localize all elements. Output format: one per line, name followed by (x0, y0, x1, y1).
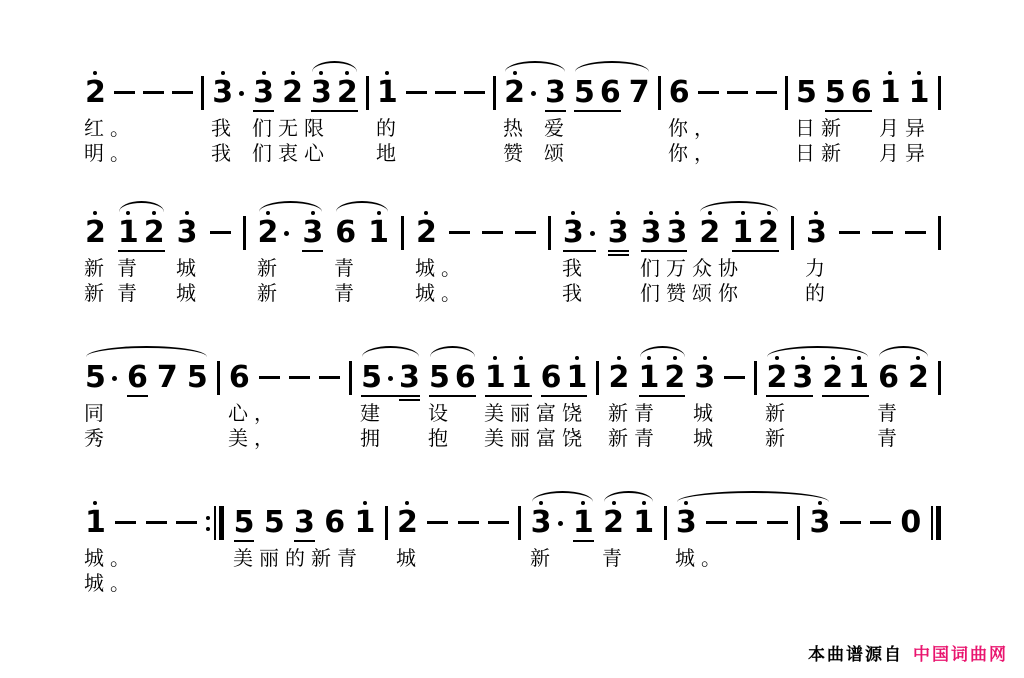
notes-row: 21232361233332123 (85, 217, 941, 249)
note-unit: 5 (429, 362, 450, 394)
octave-dot (126, 211, 130, 215)
note: 2 (258, 217, 291, 249)
duration-dash (839, 217, 860, 249)
note: 5 (187, 362, 208, 394)
note-unit: 3 (253, 77, 274, 109)
note-digit: 2 (766, 362, 787, 394)
note-digit: 2 (337, 77, 358, 109)
note-digit: 3 (792, 362, 813, 394)
note: 56 (429, 362, 476, 394)
note-unit: 1 (848, 362, 869, 394)
lyric-syllable: 你， (668, 117, 720, 140)
note: 2 (85, 77, 106, 109)
barline (658, 76, 661, 110)
note-unit: 5 (187, 362, 208, 394)
slur-arc (700, 201, 778, 212)
note-unit: 2 (766, 362, 787, 394)
barline (548, 216, 551, 250)
lyric-syllable: 秀 (84, 427, 110, 450)
duration-dash (756, 77, 777, 109)
note-unit: 5 (796, 77, 817, 109)
note-unit: 1 (567, 362, 588, 394)
duration-dash (767, 507, 788, 539)
octave-dot (814, 211, 818, 215)
note-unit: 2 (416, 217, 437, 249)
note-unit: 1 (732, 217, 753, 249)
duration-dash (146, 507, 167, 539)
note: 3 (253, 77, 274, 109)
note-unit: 2 (282, 77, 303, 109)
note-digit: 1 (732, 217, 753, 249)
note-unit: 3 (212, 77, 245, 109)
slur-arc (86, 346, 207, 357)
lyric-syllable: 青 (334, 282, 360, 305)
note-digit: 3 (399, 362, 420, 394)
octave-dot (916, 356, 920, 360)
lyric-syllable: 青 (117, 282, 143, 305)
octave-dot (291, 71, 295, 75)
note-unit: 1 (368, 217, 389, 249)
note-unit: 1 (880, 77, 901, 109)
octave-dot (612, 501, 616, 505)
note-unit: 3 (792, 362, 813, 394)
octave-dot (345, 71, 349, 75)
augmentation-dot (284, 231, 289, 236)
note-digit: 6 (229, 362, 250, 394)
note: 1 (573, 507, 594, 539)
duration-dash (114, 77, 135, 109)
lyric-syllable: 抱 (428, 427, 454, 450)
note-unit: 5 (574, 77, 595, 109)
lyric-syllable: 设 (428, 402, 454, 425)
lyric-syllable: 同 (84, 402, 110, 425)
note-unit: 2 (85, 217, 106, 249)
duration-dash (143, 77, 164, 109)
note: 2 (85, 217, 106, 249)
octave-dot (519, 356, 523, 360)
notes-row: 233232123567655611 (85, 77, 941, 109)
octave-dot (818, 501, 822, 505)
note-digit: 5 (361, 362, 382, 394)
note-unit: 6 (851, 77, 872, 109)
note: 2 (609, 362, 630, 394)
duration-dash (427, 507, 448, 539)
note-digit: 1 (368, 217, 389, 249)
system-3: 56756535611612123232162 同心，建设美丽富饶新青城新青秀美… (85, 340, 941, 470)
note-digit: 1 (639, 362, 660, 394)
note-digit: 6 (324, 507, 345, 539)
duration-dash (724, 362, 745, 394)
note-unit: 2 (397, 507, 418, 539)
lyric-syllable: 地 (376, 142, 402, 165)
barline-thick (219, 506, 224, 540)
note: 32 (311, 77, 358, 109)
lyric-syllable: 新 (765, 402, 791, 425)
octave-dot (703, 356, 707, 360)
octave-dot (575, 356, 579, 360)
note-digit: 5 (796, 77, 817, 109)
note-digit: 5 (825, 77, 846, 109)
duration-dash (289, 362, 310, 394)
note: 33 (641, 217, 688, 249)
duration-dash (176, 507, 197, 539)
note-unit: 2 (337, 77, 358, 109)
note-digit: 6 (541, 362, 562, 394)
barline (518, 506, 521, 540)
note-digit: 3 (545, 77, 566, 109)
final-barline (931, 506, 941, 540)
note-digit: 3 (253, 77, 274, 109)
lyric-syllable: 青 (602, 547, 628, 570)
lyric-syllable: 新 (765, 427, 791, 450)
note-digit: 2 (822, 362, 843, 394)
note-unit: 1 (639, 362, 660, 394)
barline (938, 361, 941, 395)
note: 12 (732, 217, 779, 249)
note: 53 (361, 362, 420, 394)
note-unit: 5 (234, 507, 255, 539)
note-unit: 6 (324, 507, 345, 539)
lyric-syllable: 美丽富饶 (484, 402, 588, 425)
octave-dot (857, 356, 861, 360)
note: 12 (639, 362, 686, 394)
octave-dot (93, 501, 97, 505)
octave-dot (319, 71, 323, 75)
lyric-syllable: 们无限 (252, 117, 330, 140)
note: 7 (629, 77, 650, 109)
lyric-syllable: 美丽富饶 (484, 427, 588, 450)
augmentation-dot (239, 91, 244, 96)
note: 3 (809, 507, 830, 539)
lyric-syllable: 城。 (415, 257, 467, 280)
note-unit: 1 (118, 217, 139, 249)
lyric-syllable: 的 (805, 282, 831, 305)
note-unit: 3 (694, 362, 715, 394)
octave-dot (93, 211, 97, 215)
note-digit: 7 (629, 77, 650, 109)
augmentation-dot (531, 91, 536, 96)
barline (797, 506, 800, 540)
note-unit: 3 (641, 217, 662, 249)
lyric-syllable: 们赞颂你 (640, 282, 744, 305)
lyric-syllable: 的 (376, 117, 402, 140)
note-unit: 6 (878, 362, 899, 394)
note-unit: 6 (541, 362, 562, 394)
barline (938, 76, 941, 110)
note-unit: 3 (531, 507, 564, 539)
note-digit: 1 (573, 507, 594, 539)
lyric-syllable: 美丽的新青 (233, 547, 363, 570)
note-digit: 6 (851, 77, 872, 109)
note-digit: 1 (511, 362, 532, 394)
octave-dot (266, 211, 270, 215)
slur-arc (119, 201, 164, 212)
note-digit: 3 (531, 507, 552, 539)
note: 3 (177, 217, 198, 249)
octave-dot (767, 211, 771, 215)
note-digit: 2 (908, 362, 929, 394)
barline (401, 216, 404, 250)
lyric-syllable: 新 (257, 257, 283, 280)
note-unit: 5 (264, 507, 285, 539)
note-digit: 1 (567, 362, 588, 394)
octave-dot (649, 211, 653, 215)
slur-arc (312, 61, 357, 72)
note: 11 (485, 362, 532, 394)
note-digit: 2 (416, 217, 437, 249)
note-digit: 5 (429, 362, 450, 394)
note-unit: 3 (311, 77, 332, 109)
octave-dot (741, 211, 745, 215)
duration-dash (210, 217, 231, 249)
note: 1 (377, 77, 398, 109)
duration-dash (515, 217, 536, 249)
barline (385, 506, 388, 540)
note-unit: 3 (294, 507, 315, 539)
note-digit: 2 (144, 217, 165, 249)
note: 56 (825, 77, 872, 109)
note-digit: 1 (633, 507, 654, 539)
barline (664, 506, 667, 540)
note-digit: 3 (302, 217, 323, 249)
note-unit: 3 (806, 217, 827, 249)
barline (243, 216, 246, 250)
octave-dot (647, 356, 651, 360)
slur-arc (430, 346, 475, 357)
note-digit: 5 (264, 507, 285, 539)
lyric-syllable: 月异 (879, 142, 931, 165)
note: 5 (234, 507, 255, 539)
note-digit: 2 (85, 217, 106, 249)
octave-dot (801, 356, 805, 360)
augmentation-dot (112, 376, 117, 381)
note-unit: 3 (809, 507, 830, 539)
slur-arc (767, 346, 868, 357)
repeat-end-barline (206, 506, 224, 540)
note: 3 (545, 77, 566, 109)
note-unit: 1 (485, 362, 506, 394)
lyric-syllable: 日新 (795, 142, 847, 165)
note-digit: 5 (234, 507, 255, 539)
note-digit: 2 (664, 362, 685, 394)
note: 3 (294, 507, 315, 539)
octave-dot (262, 71, 266, 75)
note-unit: 5 (85, 362, 118, 394)
note-unit: 2 (699, 217, 720, 249)
lyric-syllable: 青 (877, 427, 903, 450)
system-1: 233232123567655611 红。我们无限的热爱你，日新月异明。我们衷心… (85, 55, 941, 185)
note-digit: 1 (485, 362, 506, 394)
note-unit: 6 (335, 217, 356, 249)
note-digit: 3 (177, 217, 198, 249)
note-digit: 7 (157, 362, 178, 394)
barline (754, 361, 757, 395)
note-unit: 0 (900, 507, 921, 539)
octave-dot (708, 211, 712, 215)
lyric-syllable: 们衷心 (252, 142, 330, 165)
note: 3 (608, 217, 629, 249)
octave-dot (917, 71, 921, 75)
lyric-syllable: 心， (228, 402, 280, 425)
duration-dash (872, 217, 893, 249)
lyric-syllable: 新 (84, 282, 110, 305)
note-unit: 3 (608, 217, 629, 249)
note-digit: 2 (504, 77, 525, 109)
duration-dash (449, 217, 470, 249)
duration-dash (736, 507, 757, 539)
slur-arc (604, 491, 653, 502)
note-digit: 1 (354, 507, 375, 539)
note: 0 (900, 507, 921, 539)
octave-dot (311, 211, 315, 215)
lyric-syllable: 新 (530, 547, 556, 570)
lyric-syllable: 新 (257, 282, 283, 305)
lyric-syllable: 建 (360, 402, 386, 425)
duration-dash (319, 362, 340, 394)
note-unit: 3 (676, 507, 697, 539)
attribution-prefix: 本曲谱源自 (808, 645, 903, 665)
octave-dot (831, 356, 835, 360)
octave-dot (675, 211, 679, 215)
lyric-syllable: 日新 (795, 117, 847, 140)
note-digit: 0 (900, 507, 921, 539)
note-unit: 2 (603, 507, 624, 539)
note: 1 (880, 77, 901, 109)
lyric-syllable: 红。 (84, 117, 136, 140)
repeat-dots (206, 516, 210, 531)
barline (596, 361, 599, 395)
augmentation-dot (558, 521, 563, 526)
note: 6 (324, 507, 345, 539)
note: 61 (541, 362, 588, 394)
note: 6 (669, 77, 690, 109)
note-unit: 2 (258, 217, 291, 249)
note-unit: 3 (302, 217, 323, 249)
note-digit: 3 (311, 77, 332, 109)
duration-dash (458, 507, 479, 539)
barline (791, 216, 794, 250)
note-unit: 7 (629, 77, 650, 109)
lyric-syllable: 青 (334, 257, 360, 280)
lyric-syllable: 们万众协 (640, 257, 744, 280)
note: 12 (118, 217, 165, 249)
note-unit: 2 (822, 362, 843, 394)
duration-dash (406, 77, 427, 109)
barline-thin (214, 506, 216, 540)
lyric-syllable: 新青 (608, 427, 660, 450)
lyric-syllable: 明。 (84, 142, 136, 165)
octave-dot (616, 211, 620, 215)
lyric-syllable: 青 (877, 402, 903, 425)
note: 2 (416, 217, 437, 249)
note-digit: 2 (758, 217, 779, 249)
slur-arc (677, 491, 829, 502)
duration-dash (435, 77, 456, 109)
duration-dash (840, 507, 861, 539)
octave-dot (385, 71, 389, 75)
note-digit: 5 (574, 77, 595, 109)
note: 3 (806, 217, 827, 249)
note-unit: 3 (667, 217, 688, 249)
lyric-syllable: 城。 (415, 282, 467, 305)
note-digit: 3 (563, 217, 584, 249)
note-unit: 5 (361, 362, 394, 394)
lyric-syllable: 城。 (675, 547, 727, 570)
barline (366, 76, 369, 110)
lyric-syllable: 我 (211, 117, 237, 140)
duration-dash (115, 507, 136, 539)
barline-thin (931, 506, 933, 540)
note: 1 (368, 217, 389, 249)
note-unit: 3 (563, 217, 596, 249)
duration-dash (870, 507, 891, 539)
duration-dash (905, 217, 926, 249)
note-unit: 3 (177, 217, 198, 249)
lyric-syllable: 城 (176, 282, 202, 305)
lyric-syllable: 我 (562, 257, 588, 280)
note-digit: 3 (641, 217, 662, 249)
lyric-syllable: 新青 (608, 402, 660, 425)
note: 5 (796, 77, 817, 109)
octave-dot (221, 71, 225, 75)
note: 5 (85, 362, 118, 394)
note: 1 (85, 507, 106, 539)
note: 2 (282, 77, 303, 109)
octave-dot (93, 71, 97, 75)
octave-dot (185, 211, 189, 215)
source-attribution: 本曲谱源自中国词曲网 (808, 644, 1008, 666)
note-unit: 5 (825, 77, 846, 109)
note-digit: 3 (694, 362, 715, 394)
note-unit: 6 (669, 77, 690, 109)
notes-row: 15536123121330 (85, 507, 941, 539)
slur-arc (879, 346, 928, 357)
note-digit: 2 (258, 217, 279, 249)
note: 56 (574, 77, 621, 109)
lyric-syllable: 你， (668, 142, 720, 165)
note: 5 (264, 507, 285, 539)
barline (493, 76, 496, 110)
note-digit: 5 (187, 362, 208, 394)
note-unit: 2 (758, 217, 779, 249)
duration-dash (488, 507, 509, 539)
note: 3 (212, 77, 245, 109)
note: 2 (908, 362, 929, 394)
note-unit: 6 (229, 362, 250, 394)
note-unit: 1 (354, 507, 375, 539)
note-digit: 1 (880, 77, 901, 109)
barline (785, 76, 788, 110)
lyric-syllable: 城 (693, 427, 719, 450)
note-digit: 1 (848, 362, 869, 394)
lyric-syllable: 城 (176, 257, 202, 280)
note: 3 (563, 217, 596, 249)
note-unit: 3 (545, 77, 566, 109)
system-4: 15536123121330 城。美丽的新青城新青城。城。 (85, 485, 941, 615)
augmentation-dot (388, 376, 393, 381)
octave-dot (363, 501, 367, 505)
note: 6 (335, 217, 356, 249)
note: 23 (766, 362, 813, 394)
note: 2 (504, 77, 537, 109)
note-digit: 3 (806, 217, 827, 249)
octave-dot (581, 501, 585, 505)
note: 1 (354, 507, 375, 539)
note: 2 (699, 217, 720, 249)
slur-arc (362, 346, 419, 357)
note-digit: 1 (377, 77, 398, 109)
lyric-syllable: 拥 (360, 427, 386, 450)
